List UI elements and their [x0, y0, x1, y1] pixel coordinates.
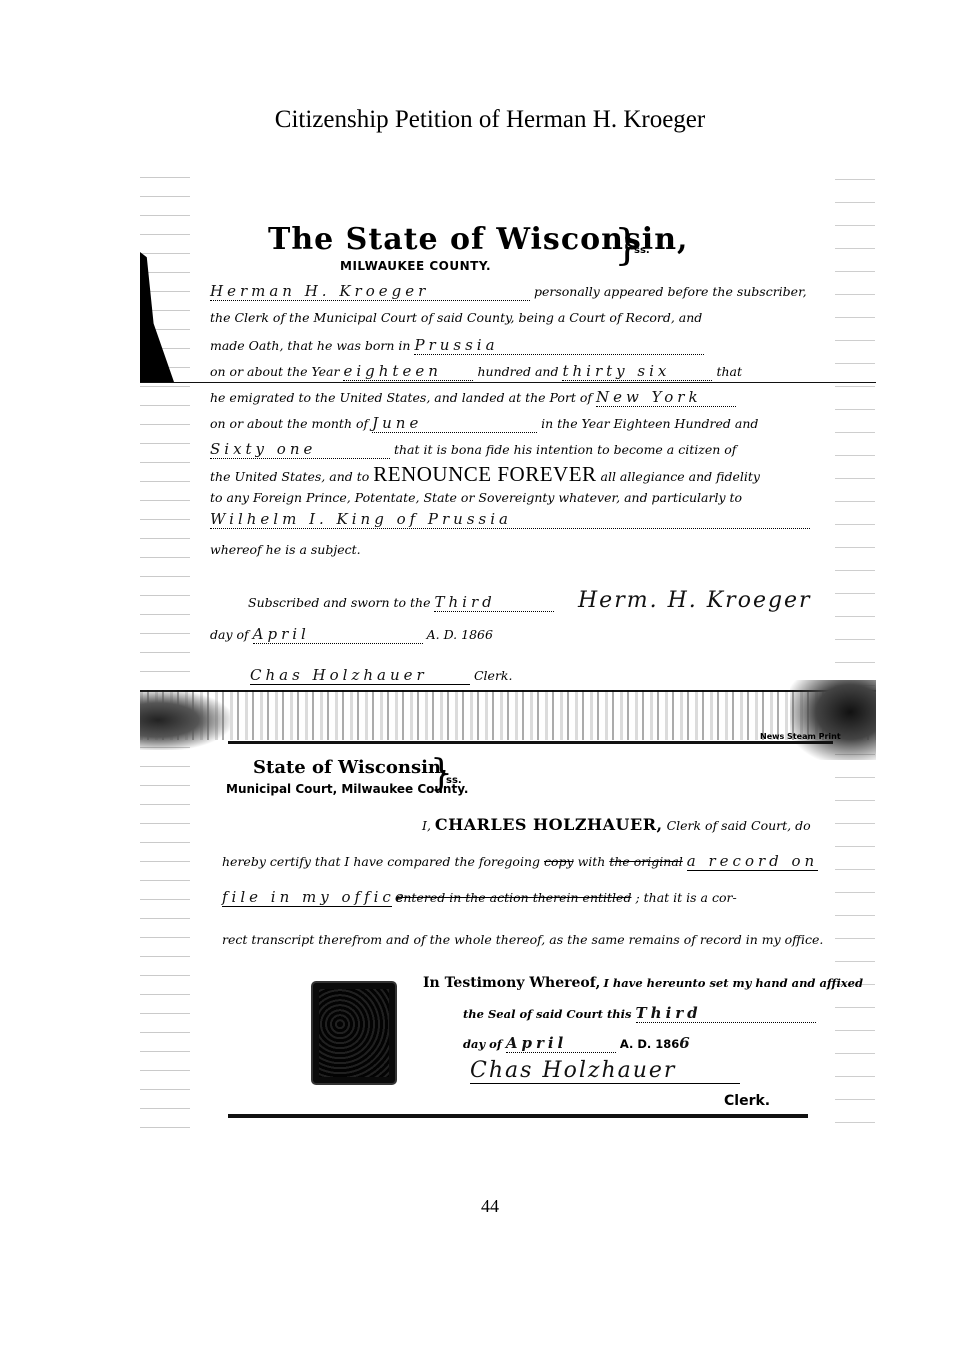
scan-noise-right: [835, 170, 875, 1145]
renounce-forever: RENOUNCE FOREVER: [373, 462, 596, 486]
file-handwritten: file in my office: [222, 888, 392, 907]
line-text: I have hereunto set my hand and affixed: [603, 976, 863, 990]
declaration-line-5: he emigrated to the United States, and l…: [210, 388, 736, 407]
sovereign-handwritten: Wilhelm I. King of Prussia: [210, 510, 810, 529]
petitioner-signature: Herm. H. Kroeger: [578, 588, 812, 613]
certificate-date-line: day of April A. D. 1866: [463, 1034, 694, 1053]
clerk-signature: Chas Holzhauer: [250, 666, 470, 685]
declaration-line-7: Sixty one that it is bona fide his inten…: [210, 440, 736, 459]
declaration-line-6: on or about the month of June in the Yea…: [210, 414, 758, 433]
scan-dark-patch-right: [790, 680, 876, 760]
declaration-line-2: the Clerk of the Municipal Court of said…: [210, 310, 702, 325]
struck-text: copy: [544, 854, 574, 869]
certificate-month-handwritten: April: [506, 1034, 616, 1053]
birth-century-handwritten: eighteen: [343, 362, 473, 381]
line-text: hereby certify that I have compared the …: [222, 854, 540, 869]
line-text: that: [716, 364, 742, 379]
line-text: made Oath, that he was born in: [210, 338, 410, 353]
birth-year-handwritten: thirty six: [562, 362, 712, 381]
struck-text: the original: [609, 854, 682, 869]
ss-mark: ss.: [634, 245, 650, 256]
clerk-name: CHARLES HOLZHAUER,: [435, 815, 663, 834]
oath-month-handwritten: April: [253, 625, 423, 644]
declaration-line-9: to any Foreign Prince, Potentate, State …: [210, 490, 742, 505]
oath-year: A. D. 1866: [427, 627, 493, 642]
certificate-court: Municipal Court, Milwaukee County.: [226, 782, 469, 796]
declaration-line-10: Wilhelm I. King of Prussia: [210, 510, 810, 529]
fold-line: [140, 382, 876, 383]
line-text: that it is bona fide his intention to be…: [394, 442, 736, 457]
clerk-label: Clerk.: [474, 668, 512, 683]
record-handwritten: a record on: [687, 852, 818, 871]
certificate-line-4: rect transcript therefrom and of the who…: [222, 932, 823, 947]
struck-text: entered in the action therein entitled: [396, 890, 631, 905]
line-text: the Seal of said Court this: [463, 1007, 631, 1021]
line-text: the United States, and to: [210, 469, 369, 484]
certificate-line-3: file in my office entered in the action …: [222, 888, 737, 907]
line-text: I,: [422, 818, 431, 833]
birthplace-handwritten: Prussia: [414, 336, 704, 355]
line-text: on or about the Year: [210, 364, 340, 379]
county-label: MILWAUKEE COUNTY.: [340, 259, 491, 273]
line-text: day of: [463, 1037, 502, 1051]
emigration-year-handwritten: Sixty one: [210, 440, 390, 459]
page-number: 44: [0, 1196, 980, 1217]
scan-dark-patch-left: [140, 690, 230, 750]
line-text: all allegiance and fidelity: [601, 469, 760, 484]
line-text: day of: [210, 627, 249, 642]
separator-bottom: [228, 1114, 808, 1118]
separator-rule: [228, 741, 833, 744]
testimony-heading: In Testimony Whereof,: [423, 975, 600, 991]
oath-line-1: Subscribed and sworn to the Third: [248, 593, 554, 612]
seal-day-handwritten: Third: [636, 1004, 816, 1023]
line-text: Subscribed and sworn to the: [248, 595, 431, 610]
declaration-line-3: made Oath, that he was born in Prussia: [210, 336, 704, 355]
clerk-title: Clerk.: [724, 1093, 770, 1109]
testimony-line: In Testimony Whereof, I have hereunto se…: [423, 975, 863, 991]
line-text: ; that it is a cor-: [635, 890, 736, 905]
oath-clerk-line: Chas Holzhauer Clerk.: [250, 666, 512, 685]
line-text: in the Year Eighteen Hundred and: [541, 416, 758, 431]
line-text: with: [578, 854, 606, 869]
declaration-line-11: whereof he is a subject.: [210, 542, 361, 557]
declaration-line-8: the United States, and to RENOUNCE FOREV…: [210, 462, 760, 487]
seal-line: the Seal of said Court this Third: [463, 1004, 816, 1023]
declaration-line-1: Herman H. Kroeger personally appeared be…: [210, 282, 807, 301]
scanned-document: [140, 160, 876, 1146]
certificate-clerk-signature: Chas Holzhauer: [470, 1058, 740, 1084]
oath-day-handwritten: Third: [434, 593, 554, 612]
year-digit-handwritten: 6: [679, 1034, 693, 1052]
printer-mark: News Steam Print: [760, 732, 841, 741]
line-text: he emigrated to the United States, and l…: [210, 390, 592, 405]
declaration-line-4: on or about the Year eighteen hundred an…: [210, 362, 742, 381]
oath-line-2: day of April A. D. 1866: [210, 625, 493, 644]
certificate-state-heading: State of Wisconsin,: [253, 757, 447, 778]
port-handwritten: New York: [596, 388, 736, 407]
certificate-year: A. D. 186: [620, 1037, 679, 1051]
petitioner-name-handwritten: Herman H. Kroeger: [210, 282, 530, 301]
line-text: hundred and: [477, 364, 558, 379]
certificate-line-1: I, CHARLES HOLZHAUER, Clerk of said Cour…: [422, 815, 811, 834]
month-handwritten: June: [372, 414, 537, 433]
line-text: Clerk of said Court, do: [667, 818, 811, 833]
line-text: on or about the month of: [210, 416, 368, 431]
line-text: personally appeared before the subscribe…: [534, 284, 807, 299]
page-title: Citizenship Petition of Herman H. Kroege…: [0, 106, 980, 134]
certificate-line-2: hereby certify that I have compared the …: [222, 852, 818, 871]
court-seal: [313, 983, 395, 1083]
